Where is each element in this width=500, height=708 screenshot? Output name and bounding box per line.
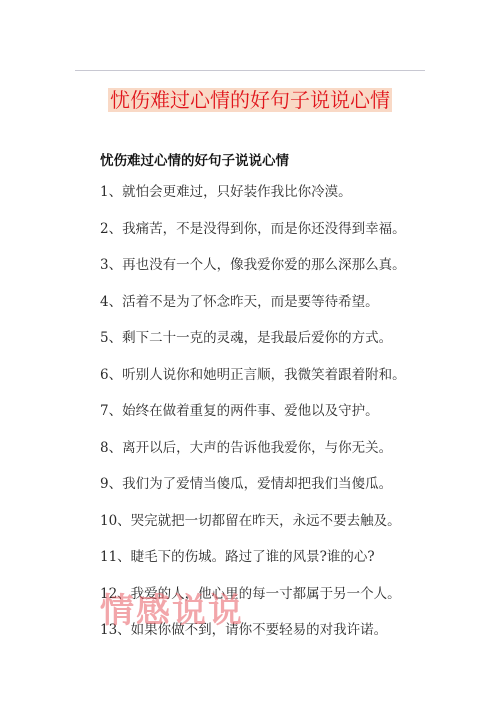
quote-item: 1、就怕会更难过，只好装作我比你冷漠。 [100,183,406,201]
quote-item: 2、我痛苦，不是没得到你，而是你还没得到幸福。 [100,220,406,238]
quote-item: 7、始终在做着重复的两件事、爱他以及守护。 [100,402,406,420]
quote-item: 8、离开以后，大声的告诉他我爱你，与你无关。 [100,439,406,457]
quote-item: 5、剩下二十一克的灵魂，是我最后爱你的方式。 [100,329,406,347]
title-container: 忧伤难过心情的好句子说说心情 [0,88,500,112]
quote-item: 11、睫毛下的伤城。路过了谁的风景?谁的心? [100,548,406,566]
quote-item: 12、我爱的人，他心里的每一寸都属于另一个人。 [100,585,406,603]
page-title: 忧伤难过心情的好句子说说心情 [108,88,392,112]
header-divider [75,70,425,71]
quote-item: 4、活着不是为了怀念昨天，而是要等待希望。 [100,293,406,311]
quote-list: 1、就怕会更难过，只好装作我比你冷漠。 2、我痛苦，不是没得到你，而是你还没得到… [100,183,406,658]
quote-item: 3、再也没有一个人，像我爱你爱的那么深那么真。 [100,256,406,274]
quote-item: 13、如果你做不到，请你不要轻易的对我许诺。 [100,621,406,639]
quote-item: 10、哭完就把一切都留在昨天，永远不要去触及。 [100,512,406,530]
quote-item: 6、听别人说你和她明正言顺，我微笑着跟着附和。 [100,366,406,384]
section-heading: 忧伤难过心情的好句子说说心情 [100,149,289,169]
quote-item: 9、我们为了爱情当傻瓜，爱情却把我们当傻瓜。 [100,475,406,493]
